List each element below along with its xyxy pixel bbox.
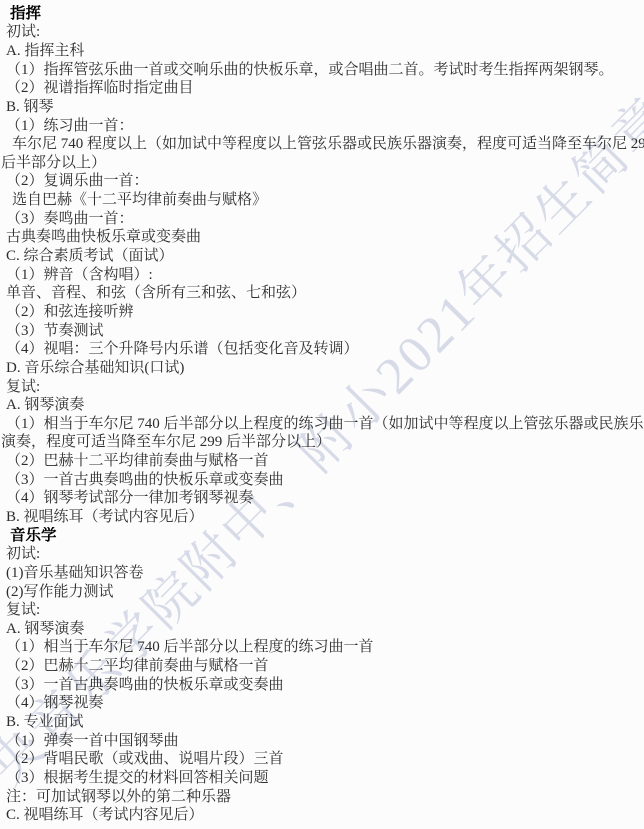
document-line: B. 专业面试 (0, 713, 644, 732)
document-line: （4）视唱：三个升降号内乐谱（包括变化音及转调） (0, 340, 644, 359)
document-line: （2）复调乐曲一首： (0, 172, 644, 191)
document-line: C. 综合素质考试（面试） (0, 247, 644, 266)
document-line: (2)写作能力测试 (0, 583, 644, 602)
document-line: （3）根据考生提交的材料回答相关问题 (0, 769, 644, 788)
document-line: 演奏，程度可适当降至车尔尼 299 后半部分以上） (0, 433, 644, 452)
document-line: （2）和弦连接听辨 (0, 303, 644, 322)
document-line: 选自巴赫《十二平均律前奏曲与赋格》 (0, 191, 644, 210)
document-line: 古典奏鸣曲快板乐章或变奏曲 (0, 228, 644, 247)
document-line: （2）巴赫十二平均律前奏曲与赋格一首 (0, 657, 644, 676)
document-line: D. 音乐综合基础知识(口试) (0, 359, 644, 378)
document-line: （3）节奏测试 (0, 322, 644, 341)
document-line: 注：可加试钢琴以外的第二种乐器 (0, 788, 644, 807)
section-heading: 音乐学 (0, 527, 644, 546)
document-line: A. 钢琴演奏 (0, 620, 644, 639)
document-line: 车尔尼 740 程度以上（如加试中等程度以上管弦乐器或民族乐器演奏，程度可适当降… (0, 135, 644, 154)
document-line: (1)音乐基础知识答卷 (0, 564, 644, 583)
document-line: C. 视唱练耳（考试内容见后） (0, 806, 644, 825)
document-line: 单音、音程、和弦（含所有三和弦、七和弦） (0, 284, 644, 303)
document-line: （4）钢琴考试部分一律加考钢琴视奏 (0, 489, 644, 508)
document-line: A. 指挥主科 (0, 42, 644, 61)
document-line: （4）钢琴视奏 (0, 694, 644, 713)
document-line: （1）练习曲一首： (0, 117, 644, 136)
document-line: A. 钢琴演奏 (0, 396, 644, 415)
document-line: 初试: (0, 545, 644, 564)
document-line: （3）奏鸣曲一首： (0, 210, 644, 229)
document-line: （1）相当于车尔尼 740 后半部分以上程度的练习曲一首 (0, 638, 644, 657)
document-line: B. 钢琴 (0, 98, 644, 117)
document-line: （1）相当于车尔尼 740 后半部分以上程度的练习曲一首（如加试中等程度以上管弦… (0, 415, 644, 434)
document-line: 复试: (0, 378, 644, 397)
document-line: 复试: (0, 601, 644, 620)
document-line: 初试: (0, 23, 644, 42)
document-body: 指挥初试:A. 指挥主科（1）指挥管弦乐曲一首或交响乐曲的快板乐章，或合唱曲二首… (0, 5, 644, 825)
document-line: B. 视唱练耳（考试内容见后） (0, 508, 644, 527)
document-line: （1）辨音（含构唱）: (0, 266, 644, 285)
section-heading: 指挥 (0, 5, 644, 24)
document-line: （1）指挥管弦乐曲一首或交响乐曲的快板乐章，或合唱曲二首。考试时考生指挥两架钢琴… (0, 61, 644, 80)
document-line: （2）背唱民歌（或戏曲、说唱片段）三首 (0, 750, 644, 769)
document-line: （2）巴赫十二平均律前奏曲与赋格一首 (0, 452, 644, 471)
document-line: （2）视谱指挥临时指定曲目 (0, 79, 644, 98)
document-line: （1）弹奏一首中国钢琴曲 (0, 732, 644, 751)
document-line: 后半部分以上） (0, 154, 644, 173)
document-line: （3）一首古典奏鸣曲的快板乐章或变奏曲 (0, 676, 644, 695)
document-page: 央音乐学院附中、附小2021年招生简章 指挥初试:A. 指挥主科（1）指挥管弦乐… (0, 0, 644, 829)
document-line: （3）一首古典奏鸣曲的快板乐章或变奏曲 (0, 471, 644, 490)
